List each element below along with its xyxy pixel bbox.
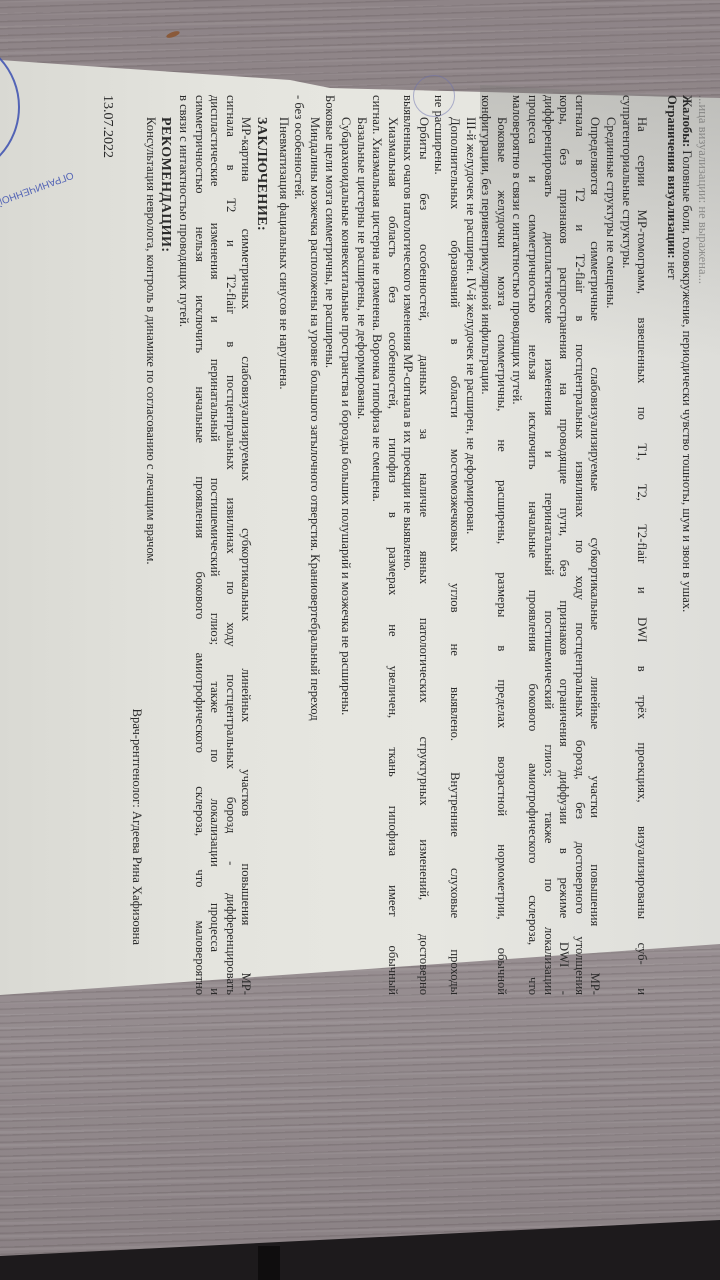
text-line: выявленных очагов патологического измене… (400, 95, 416, 995)
text-line: симметричностью нельзя исключить начальн… (191, 95, 207, 995)
text-line: Базальные цистерны не расширены, не дефо… (353, 95, 369, 995)
conclusion-heading: ЗАКЛЮЧЕНИЕ: (253, 95, 269, 995)
report-date: 13.07.2022 (99, 95, 115, 995)
text-line: не расширены. (431, 95, 447, 995)
table-leg (258, 1246, 280, 1280)
text-line: супратенториальные структуры. (618, 95, 634, 995)
text-line: Миндалины мозжечка расположены на уровне… (306, 95, 322, 995)
limits-text: нет (665, 259, 679, 280)
complaints-line: Жалобы: Головные боли, головокружение, п… (679, 95, 695, 995)
text-line: Срединные структуры не смещены. (602, 95, 618, 995)
text-line: МР-картина симметричных слабовизуализиру… (238, 95, 254, 995)
signature-label: Врач-рентгенолог: (130, 709, 144, 808)
text-line: III-й желудочек не расширен. IV-й желудо… (462, 95, 478, 995)
text-line: Определяются симметричные слабовизуализи… (587, 95, 603, 995)
text-line: процесса и симметричностью нельзя исключ… (524, 95, 540, 995)
small-stamp-mark (413, 75, 455, 117)
stamp-ring-text: ОГРАНИЧЕННОЙ ОТВЕТСТВЕННОСТЬЮ (0, 167, 76, 249)
text-line: На серии МР-томограмм, взвешенных по T1,… (634, 95, 650, 995)
text-line: в связи с интактностью проводящих путей. (175, 95, 191, 995)
spacer (115, 95, 129, 995)
mri-report-document: ...ица визуализации: не выражена... Жало… (10, 95, 710, 995)
text-line: дифференцировать диспластические изменен… (540, 95, 556, 995)
limits-label: Ограничения визуализации: (665, 95, 679, 259)
signature-name: Агдеева Рина Хафизовна (130, 811, 144, 945)
limits-line: Ограничения визуализации: нет (663, 95, 679, 995)
spacer (649, 95, 663, 995)
text-line: Дополнительных образований в области мос… (447, 95, 463, 995)
recommendations-text: Консультация невролога, контроль в динам… (142, 95, 158, 995)
text-line: коры, без признаков распространения на п… (556, 95, 572, 995)
complaints-label: Жалобы: (680, 95, 694, 147)
text-line: сигнала в T2 и T2-flair в постцентральны… (222, 95, 238, 995)
text-line: - без особенностей. (291, 95, 307, 995)
text-line: конфигурации, без перивентрикулярной инф… (478, 95, 494, 995)
complaints-text: Головные боли, головокружение, периодиче… (680, 147, 694, 612)
recommendations-heading: РЕКОМЕНДАЦИИ: (158, 95, 174, 995)
cut-top-line: ...ица визуализации: не выражена... (694, 95, 710, 995)
findings-section: На серии МР-томограмм, взвешенных по T1,… (275, 95, 649, 995)
text-line: Хиазмальная область без особенностей, ги… (384, 95, 400, 995)
text-line: Боковые щели мозга симметричны, не расши… (322, 95, 338, 995)
text-line: Пневматизация фациальных синусов не нару… (275, 95, 291, 995)
signature-block: Врач-рентгенолог: Агдеева Рина Хафизовна (129, 709, 145, 945)
conclusion-section: МР-картина симметричных слабовизуализиру… (175, 95, 253, 995)
text-line: маловероятно в связи с интактностью пров… (509, 95, 525, 995)
text-line: сигнал. Хиазмальная цистерна не изменена… (369, 95, 385, 995)
text-line: сигнала в T2 и T2-flair в постцентральны… (571, 95, 587, 995)
text-line: Субарахноидальные конвекситальные простр… (337, 95, 353, 995)
text-line: диспластические изменения и перинатальны… (207, 95, 223, 995)
text-line: Орбиты без особенностей, данных за налич… (415, 95, 431, 995)
text-line: Боковые желудочки мозга симметричны, не … (493, 95, 509, 995)
